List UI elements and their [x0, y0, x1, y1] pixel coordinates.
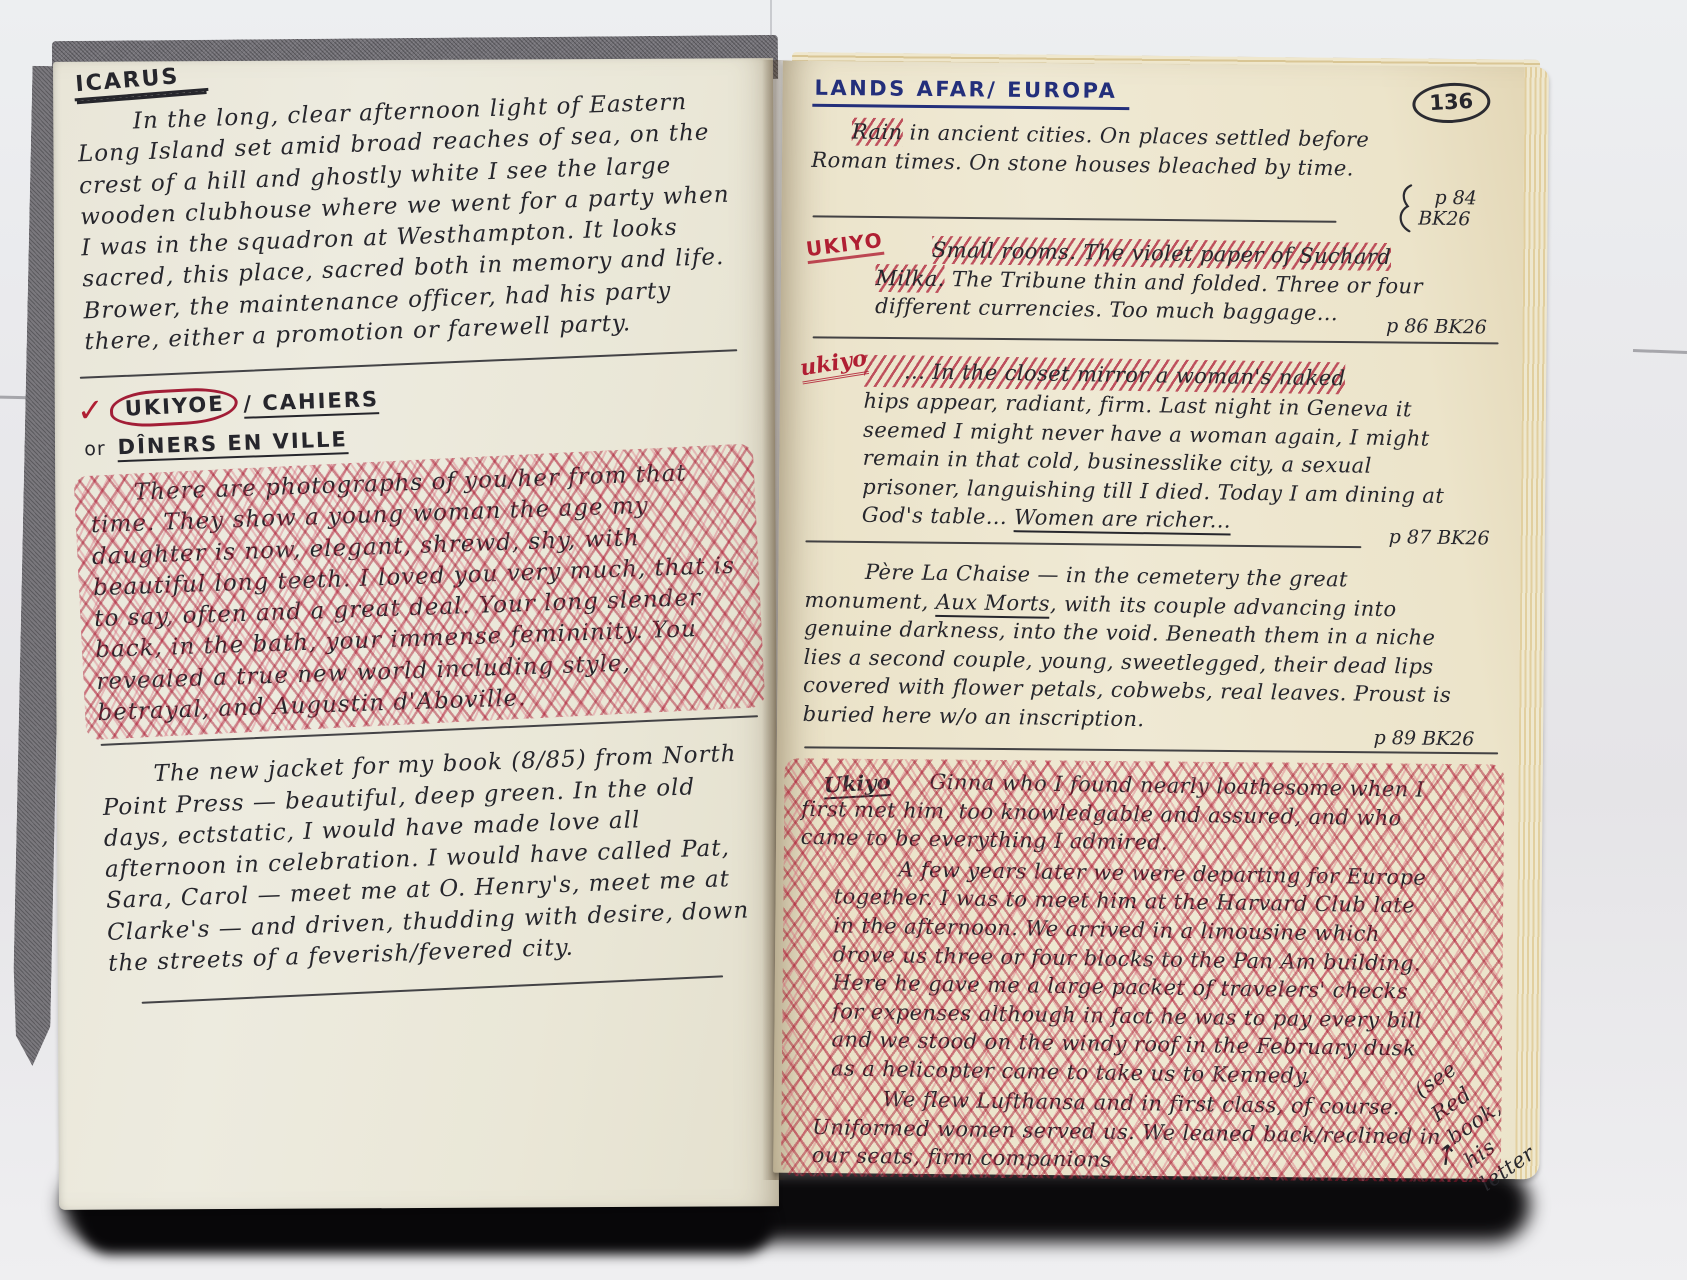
page-deckle-edge: [1515, 67, 1549, 1179]
heading-or-word: or: [84, 438, 106, 461]
paragraph-ancient-cities: Rain in ancient cities. On places settle…: [811, 117, 1518, 185]
backdrop-seam-right: [1633, 349, 1687, 354]
paragraph-crossed-out-photographs: There are photographs of you/her from th…: [79, 456, 777, 730]
red-check-icon: ✓: [76, 394, 104, 427]
margin-word-ukiyo-3: Ukiyo: [823, 769, 891, 800]
page-ref-87: p 87 BK26: [1389, 526, 1490, 550]
left-page-text: ICARUS In the long, clear afternoon ligh…: [65, 46, 787, 1003]
crossed-paragraph-ginna: Ginna who I found nearly loathesome when…: [801, 766, 1508, 863]
right-page-text: LANDS AFAR/ EUROPA 136 Rain in ancient c…: [795, 73, 1518, 1187]
page-ref-89: p 89 BK26: [1373, 727, 1474, 751]
divider-line: [813, 336, 1499, 344]
paragraph-pere-la-chaise: Père La Chaise — in the cemetery the gre…: [802, 557, 1511, 739]
circled-word-ukiyoe: UKIYOE: [109, 386, 239, 429]
heading-diners-en-ville: DÎNERS EN VILLE: [117, 427, 348, 462]
paragraph-icarus: In the long, clear afternoon light of Ea…: [66, 85, 764, 359]
paragraph-book-jacket: The new jacket for my book (8/85) from N…: [89, 738, 786, 981]
section-ancient-cities: Rain in ancient cities. On places settle…: [811, 117, 1518, 185]
crossed-paragraph-europe-trip: A few years later we were departing for …: [797, 854, 1507, 1093]
photo-backdrop: ICARUS In the long, clear afternoon ligh…: [0, 0, 1687, 1280]
right-page: LANDS AFAR/ EUROPA 136 Rain in ancient c…: [773, 61, 1549, 1180]
left-page-title: ICARUS: [73, 62, 209, 101]
page-ref-84: p 84 BK26: [1395, 184, 1477, 233]
divider-line: [142, 975, 723, 1003]
crossed-paragraph-lufthansa: We flew Lufthansa and in first class, of…: [796, 1084, 1503, 1181]
heading-cahiers: / CAHIERS: [243, 387, 380, 419]
arrow-up-icon: ↑: [1432, 1138, 1459, 1174]
page-ref-line1: p 84: [1434, 188, 1477, 209]
underlined-aux-morts: Aux Morts: [936, 590, 1051, 619]
page-ref-line2: BK26: [1418, 208, 1477, 229]
right-page-title: LANDS AFAR/ EUROPA: [812, 74, 1129, 110]
section-pere-la-chaise: Père La Chaise — in the cemetery the gre…: [802, 557, 1511, 739]
left-page: ICARUS In the long, clear afternoon ligh…: [53, 58, 779, 1210]
paragraph-closet-mirror: ... In the closet mirror a woman's naked…: [806, 354, 1515, 540]
brace-icon: [1395, 184, 1414, 232]
section-small-rooms: UKIYO Small rooms. The violet paper of S…: [809, 234, 1516, 331]
struck-word-rain: Rain: [852, 118, 903, 147]
page-ref-lines: p 84 BK26: [1418, 188, 1477, 230]
divider-line: [805, 540, 1361, 548]
struck-text-closet-mirror: ... In the closet mirror a woman's naked: [864, 355, 1346, 395]
page-ref-86: p 86 BK26: [1386, 315, 1487, 339]
paragraph-text: The Tribune thin and folded. Three or fo…: [875, 267, 1423, 326]
right-page-header: LANDS AFAR/ EUROPA 136: [812, 73, 1519, 124]
section-closet-mirror: ukiyo ... In the closet mirror a woman's…: [806, 354, 1515, 540]
section-crossed-out-ginna: Ukiyo Ginna who I found nearly loathesom…: [795, 766, 1507, 1187]
divider-line: [813, 215, 1337, 222]
page-number-badge: 136: [1411, 81, 1491, 125]
underlined-women-are-richer: Women are richer...: [1014, 506, 1231, 536]
